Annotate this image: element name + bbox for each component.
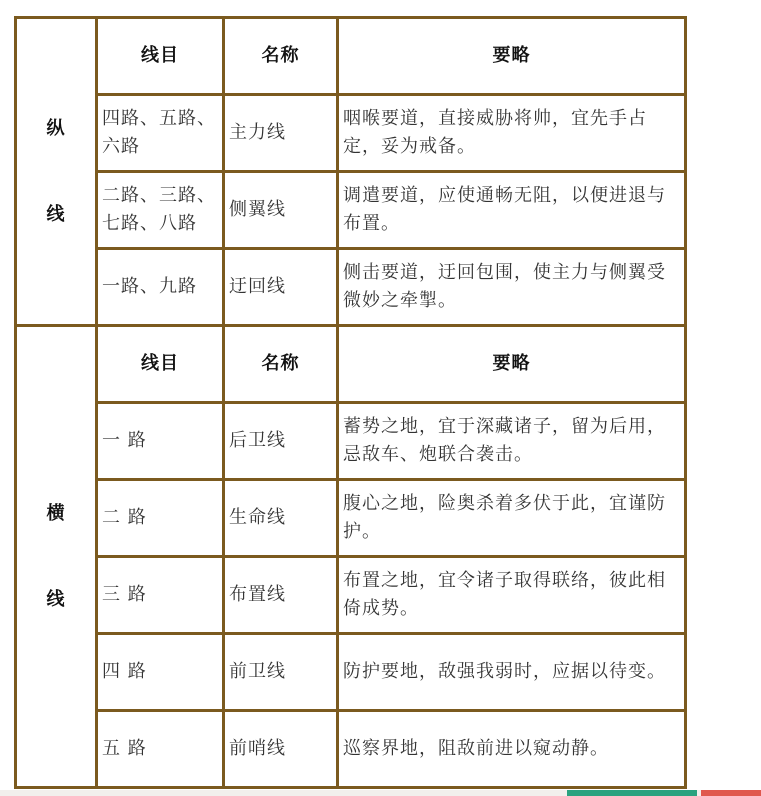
table-row: 二路、三路、七路、八路 侧翼线 调遣要道，应使通畅无阻，以便进退与布置。 xyxy=(16,172,686,249)
name-cell: 生命线 xyxy=(224,480,338,557)
header-line: 线目 xyxy=(97,18,224,95)
line-cell: 二 路 xyxy=(97,480,224,557)
spacer xyxy=(21,528,91,586)
group-label-char: 横 xyxy=(21,500,91,528)
table-row: 三 路 布置线 布置之地，宜令诸子取得联络，彼此相倚成势。 xyxy=(16,557,686,634)
desc-cell: 巡察界地，阻敌前进以窥动静。 xyxy=(338,711,686,788)
table-row: 一路、九路 迂回线 侧击要道，迂回包围，使主力与侧翼受微妙之牵掣。 xyxy=(16,249,686,326)
header-name: 名称 xyxy=(224,18,338,95)
desc-cell: 调遣要道，应使通畅无阻，以便进退与布置。 xyxy=(338,172,686,249)
table-row: 五 路 前哨线 巡察界地，阻敌前进以窥动静。 xyxy=(16,711,686,788)
table-row: 四路、五路、六路 主力线 咽喉要道，直接威胁将帅，宜先手占定，妥为戒备。 xyxy=(16,95,686,172)
desc-cell: 咽喉要道，直接威胁将帅，宜先手占定，妥为戒备。 xyxy=(338,95,686,172)
bottom-action-bar-red[interactable] xyxy=(701,790,761,796)
table-row: 四 路 前卫线 防护要地，敌强我弱时，应据以待变。 xyxy=(16,634,686,711)
group-label-char: 纵 xyxy=(21,115,91,143)
header-desc: 要略 xyxy=(338,18,686,95)
vertical-header-row: 纵 线 线目 名称 要略 xyxy=(16,18,686,95)
group-label-char: 线 xyxy=(21,586,91,614)
header-line: 线目 xyxy=(97,326,224,403)
line-cell: 二路、三路、七路、八路 xyxy=(97,172,224,249)
name-cell: 前哨线 xyxy=(224,711,338,788)
bottom-action-bar-green[interactable] xyxy=(567,790,697,796)
line-cell: 四路、五路、六路 xyxy=(97,95,224,172)
name-cell: 后卫线 xyxy=(224,403,338,480)
name-cell: 主力线 xyxy=(224,95,338,172)
horizontal-header-row: 横 线 线目 名称 要略 xyxy=(16,326,686,403)
line-cell: 三 路 xyxy=(97,557,224,634)
document-container: 纵 线 线目 名称 要略 四路、五路、六路 主力线 咽喉要道，直接威胁将帅，宜先… xyxy=(14,16,687,789)
line-cell: 一路、九路 xyxy=(97,249,224,326)
name-cell: 前卫线 xyxy=(224,634,338,711)
group-label-vertical: 纵 线 xyxy=(16,18,97,326)
name-cell: 布置线 xyxy=(224,557,338,634)
name-cell: 迂回线 xyxy=(224,249,338,326)
table-row: 一 路 后卫线 蓄势之地，宜于深藏诸子，留为后用，忌敌车、炮联合袭击。 xyxy=(16,403,686,480)
header-name: 名称 xyxy=(224,326,338,403)
line-cell: 一 路 xyxy=(97,403,224,480)
desc-cell: 布置之地，宜令诸子取得联络，彼此相倚成势。 xyxy=(338,557,686,634)
group-label-horizontal: 横 线 xyxy=(16,326,97,788)
name-cell: 侧翼线 xyxy=(224,172,338,249)
spacer xyxy=(21,143,91,201)
header-desc: 要略 xyxy=(338,326,686,403)
desc-cell: 蓄势之地，宜于深藏诸子，留为后用，忌敌车、炮联合袭击。 xyxy=(338,403,686,480)
desc-cell: 侧击要道，迂回包围，使主力与侧翼受微妙之牵掣。 xyxy=(338,249,686,326)
line-cell: 四 路 xyxy=(97,634,224,711)
group-label-char: 线 xyxy=(21,201,91,229)
desc-cell: 防护要地，敌强我弱时，应据以待变。 xyxy=(338,634,686,711)
line-cell: 五 路 xyxy=(97,711,224,788)
desc-cell: 腹心之地，险奥杀着多伏于此，宜谨防护。 xyxy=(338,480,686,557)
chess-lines-table: 纵 线 线目 名称 要略 四路、五路、六路 主力线 咽喉要道，直接威胁将帅，宜先… xyxy=(14,16,687,789)
table-row: 二 路 生命线 腹心之地，险奥杀着多伏于此，宜谨防护。 xyxy=(16,480,686,557)
